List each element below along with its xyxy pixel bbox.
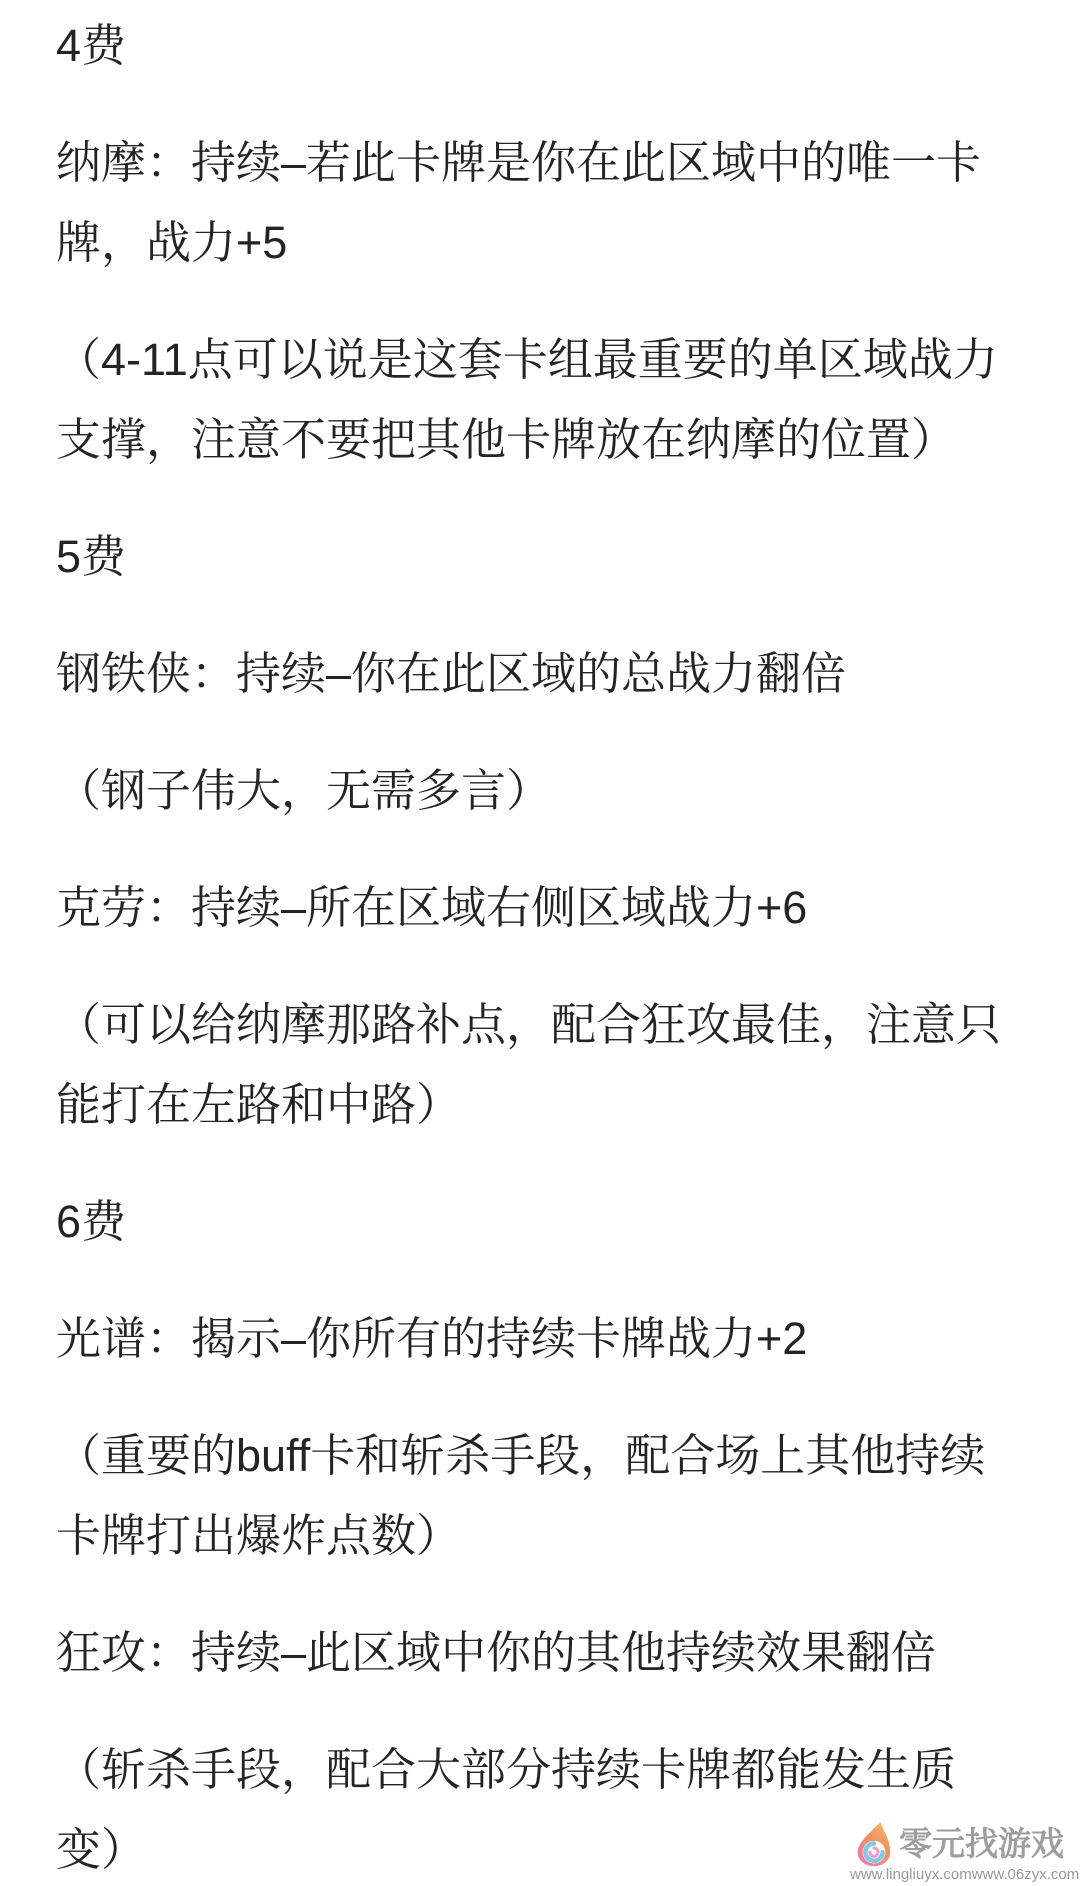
text-line: 支撑，注意不要把其他卡牌放在纳摩的位置）: [56, 400, 1040, 480]
text-line: （钢子伟大，无需多言）: [56, 751, 1040, 831]
card-text-onslaught: 狂攻：持续–此区域中你的其他持续效果翻倍: [56, 1613, 1040, 1693]
site-name: 零元找游戏: [899, 1822, 1064, 1866]
text-line: 狂攻：持续–此区域中你的其他持续效果翻倍: [56, 1613, 1040, 1693]
text-line: （斩杀手段，配合大部分持续卡牌都能发生质: [56, 1730, 1040, 1810]
text-line: （4-11点可以说是这套卡组最重要的单区域战力: [56, 320, 1040, 400]
card-text-ironman: 钢铁侠：持续–你在此区域的总战力翻倍: [56, 634, 1040, 714]
text-line: 钢铁侠：持续–你在此区域的总战力翻倍: [56, 634, 1040, 714]
note-klaw: （可以给纳摩那路补点，配合狂攻最佳，注意只 能打在左路和中路）: [56, 985, 1040, 1145]
text-line: （可以给纳摩那路补点，配合狂攻最佳，注意只: [56, 985, 1040, 1065]
flame-swirl-logo-icon: [854, 1821, 894, 1867]
cost-heading-6: 6费: [56, 1182, 1040, 1262]
note-ironman: （钢子伟大，无需多言）: [56, 751, 1040, 831]
text-line: 卡牌打出爆炸点数）: [56, 1496, 1040, 1576]
text-line: 牌，战力+5: [56, 203, 1040, 283]
note-namor: （4-11点可以说是这套卡组最重要的单区域战力 支撑，注意不要把其他卡牌放在纳摩…: [56, 320, 1040, 480]
card-text-spectrum: 光谱：揭示–你所有的持续卡牌战力+2: [56, 1299, 1040, 1379]
watermark-url-06zyx: www.06zyx.com: [972, 1867, 1080, 1883]
watermark-brand-row: 零元找游戏: [850, 1822, 1064, 1866]
text-line: 5费: [56, 517, 1040, 597]
article-page: 4费 纳摩：持续–若此卡牌是你在此区域中的唯一卡 牌，战力+5 （4-11点可以…: [0, 0, 1080, 1886]
cost-heading-5: 5费: [56, 517, 1040, 597]
text-line: （重要的buff卡和斩杀手段，配合场上其他持续: [56, 1416, 1040, 1496]
text-line: 6费: [56, 1182, 1040, 1262]
watermark-urls: www.lingliuyx.com www.06zyx.com: [850, 1867, 1064, 1883]
text-line: 克劳：持续–所在区域右侧区域战力+6: [56, 868, 1040, 948]
cost-heading-4: 4费: [56, 6, 1040, 86]
text-line: 4费: [56, 6, 1040, 86]
article-body: 4费 纳摩：持续–若此卡牌是你在此区域中的唯一卡 牌，战力+5 （4-11点可以…: [0, 0, 1080, 1886]
note-spectrum: （重要的buff卡和斩杀手段，配合场上其他持续 卡牌打出爆炸点数）: [56, 1416, 1040, 1576]
watermark: 零元找游戏 www.lingliuyx.com www.06zyx.com: [850, 1822, 1064, 1883]
watermark-url-lingliuyx: www.lingliuyx.com: [850, 1867, 972, 1883]
card-text-namor: 纳摩：持续–若此卡牌是你在此区域中的唯一卡 牌，战力+5: [56, 123, 1040, 283]
text-line: 光谱：揭示–你所有的持续卡牌战力+2: [56, 1299, 1040, 1379]
text-line: 纳摩：持续–若此卡牌是你在此区域中的唯一卡: [56, 123, 1040, 203]
card-text-klaw: 克劳：持续–所在区域右侧区域战力+6: [56, 868, 1040, 948]
text-line: 能打在左路和中路）: [56, 1065, 1040, 1145]
